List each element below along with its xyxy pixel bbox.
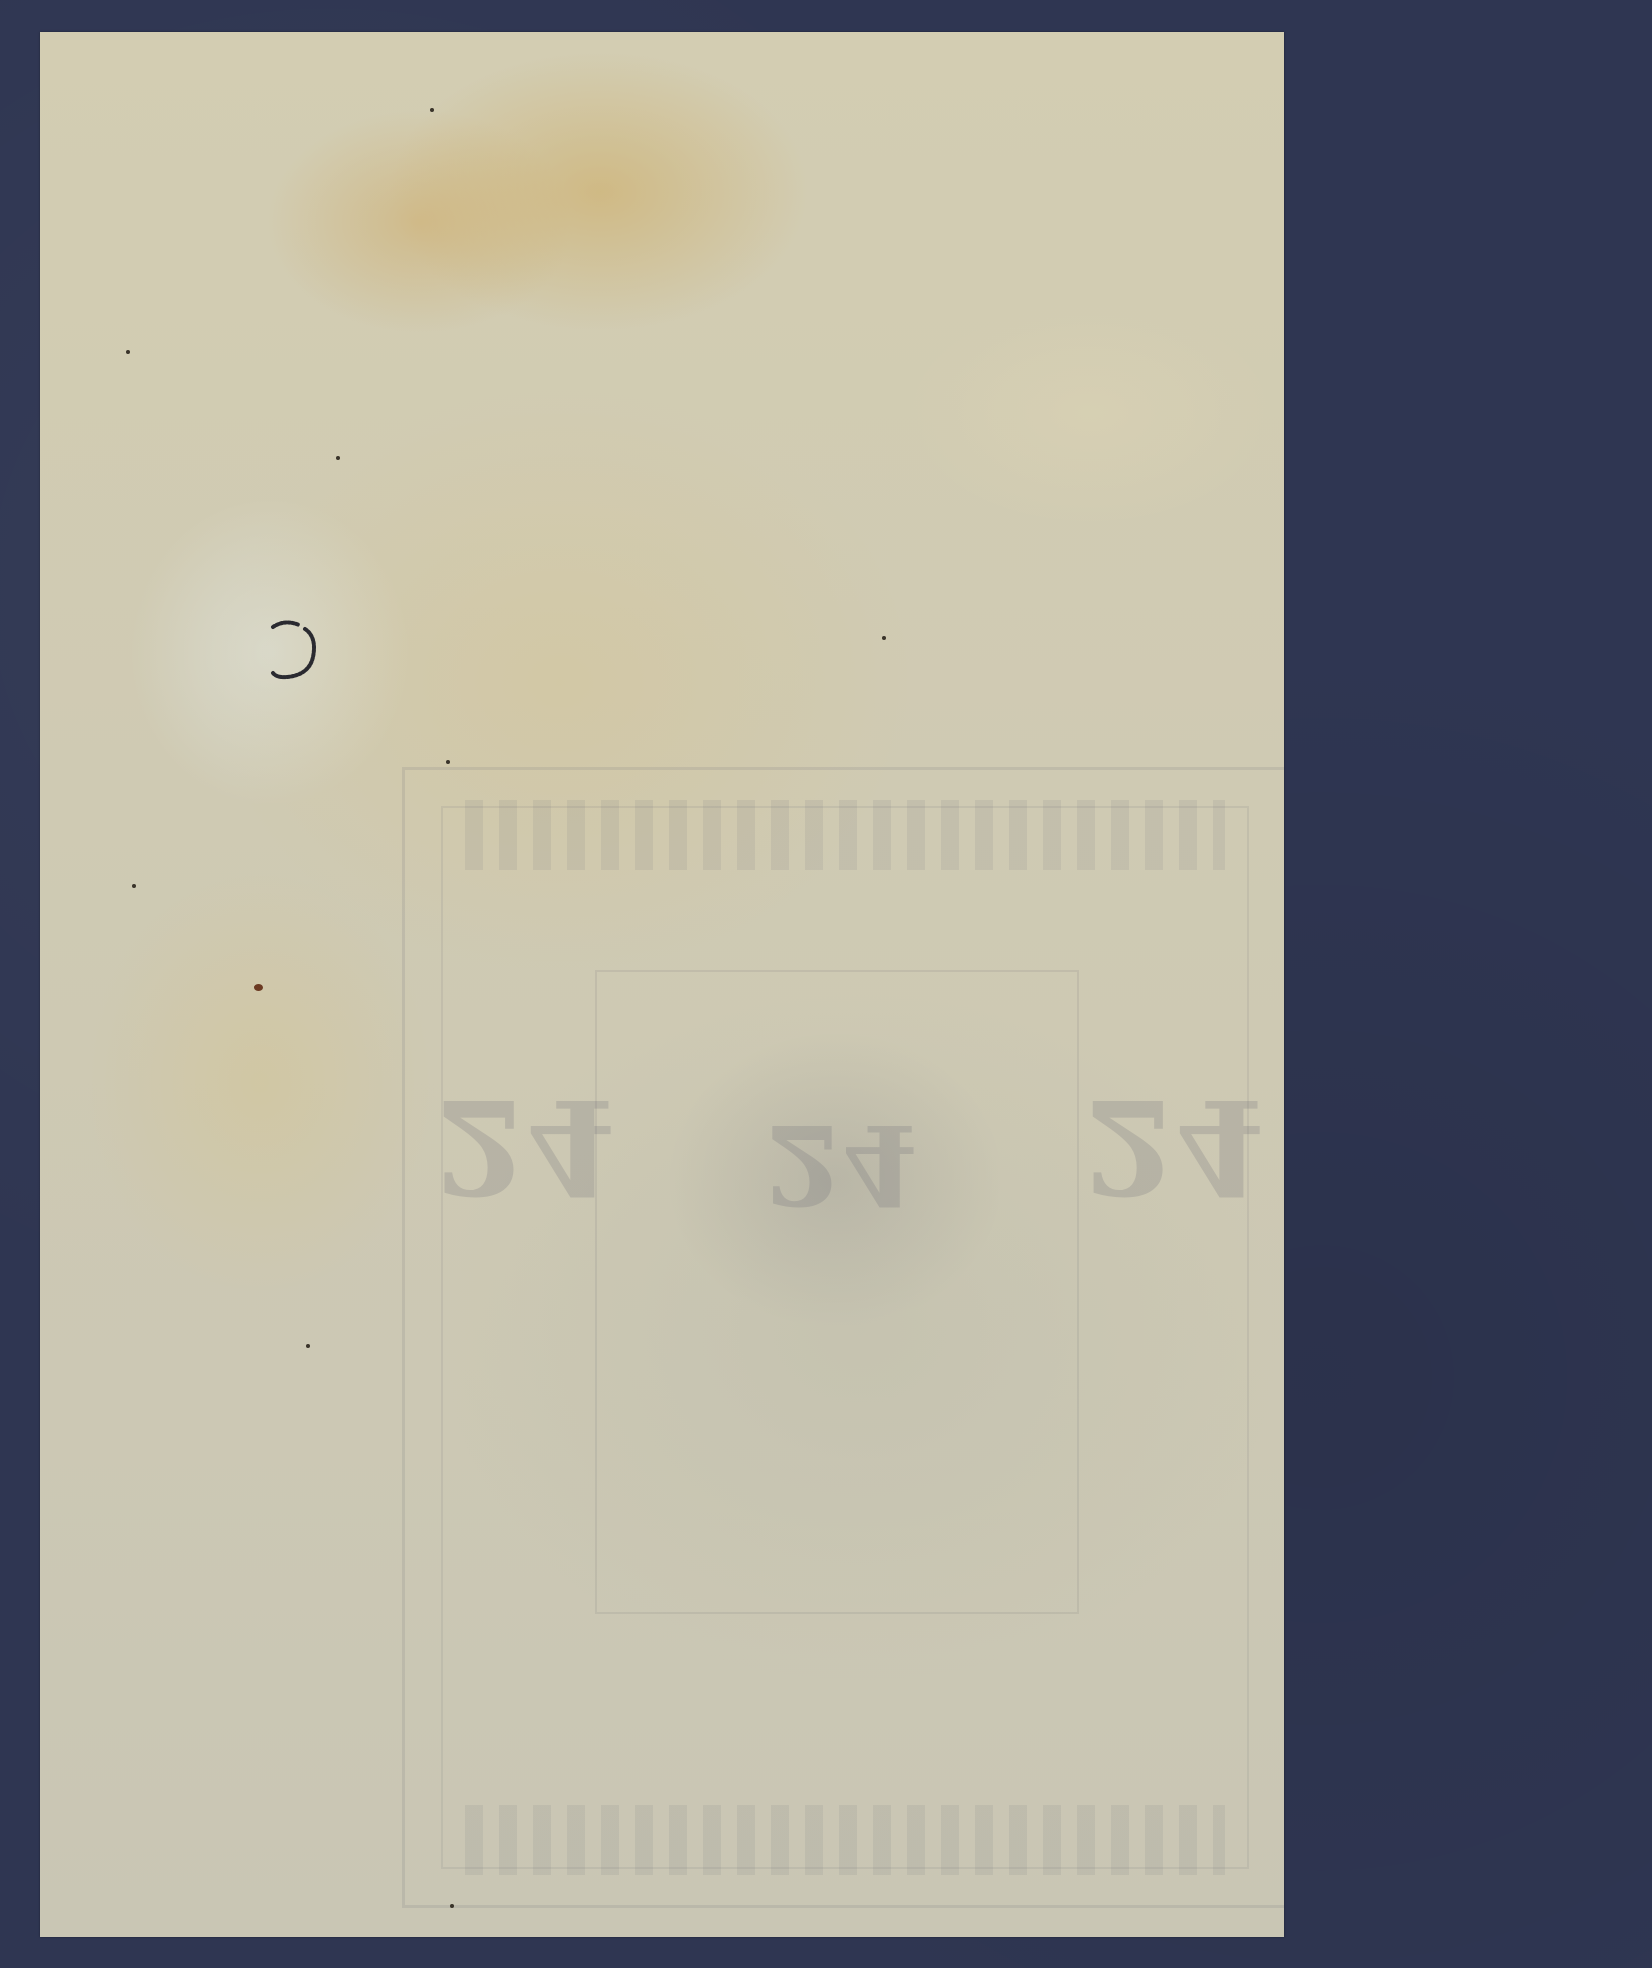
stain-speck bbox=[254, 984, 263, 991]
showthrough-top-band bbox=[465, 800, 1225, 870]
showthrough-numeral-right: 24 bbox=[1084, 1070, 1265, 1223]
design-showthrough: 24 24 24 bbox=[402, 767, 1284, 1908]
stamp-back: 24 24 24 bbox=[40, 32, 1284, 1937]
showthrough-numeral-left: 24 bbox=[435, 1070, 616, 1223]
speck bbox=[882, 636, 886, 640]
pencil-mark-icon bbox=[265, 617, 325, 687]
speck bbox=[126, 350, 130, 354]
speck bbox=[450, 1904, 454, 1908]
speck bbox=[336, 456, 340, 460]
speck bbox=[430, 108, 434, 112]
showthrough-numeral-center: 24 bbox=[765, 1100, 918, 1229]
speck bbox=[132, 884, 136, 888]
speck bbox=[446, 760, 450, 764]
showthrough-bottom-band bbox=[465, 1805, 1225, 1875]
speck bbox=[306, 1344, 310, 1348]
